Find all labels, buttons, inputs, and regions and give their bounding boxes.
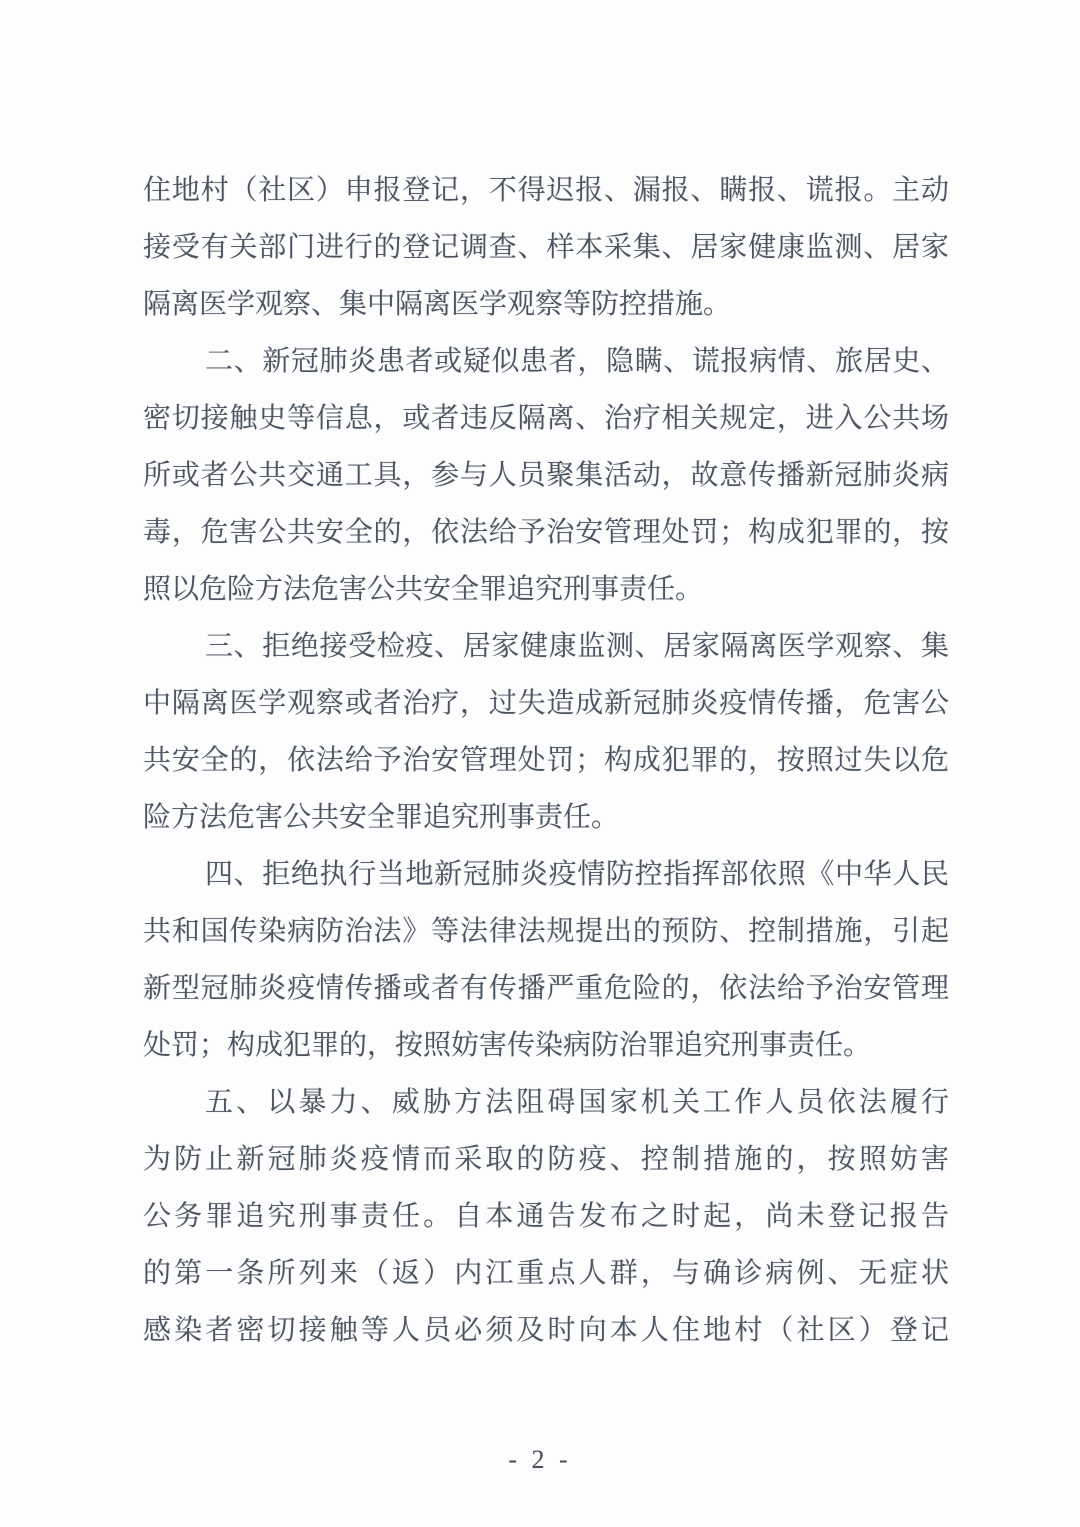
- para-item-three: 三、拒绝接受检疫、居家健康监测、居家隔离医学观察、集中隔离医学观察或者治疗，过失…: [143, 618, 949, 846]
- document-page: 住地村（社区）申报登记，不得迟报、漏报、瞒报、谎报。主动接受有关部门进行的登记调…: [0, 0, 1080, 1527]
- document-line: 公务罪追究刑事责任。自本通告发布之时起，尚未登记报告: [143, 1188, 949, 1245]
- document-body: 住地村（社区）申报登记，不得迟报、漏报、瞒报、谎报。主动接受有关部门进行的登记调…: [143, 162, 949, 1359]
- document-line: 密切接触史等信息，或者违反隔离、治疗相关规定，进入公共场: [143, 390, 949, 447]
- document-line: 三、拒绝接受检疫、居家健康监测、居家隔离医学观察、集: [143, 618, 949, 675]
- document-line: 险方法危害公共安全罪追究刑事责任。: [143, 789, 949, 846]
- document-line: 五、以暴力、威胁方法阻碍国家机关工作人员依法履行: [143, 1074, 949, 1131]
- document-line: 所或者公共交通工具，参与人员聚集活动，故意传播新冠肺炎病: [143, 447, 949, 504]
- document-line: 照以危险方法危害公共安全罪追究刑事责任。: [143, 561, 949, 618]
- para-item-four: 四、拒绝执行当地新冠肺炎疫情防控指挥部依照《中华人民共和国传染病防治法》等法律法…: [143, 846, 949, 1074]
- page-number: - 2 -: [0, 1440, 1080, 1480]
- document-line: 处罚；构成犯罪的，按照妨害传染病防治罪追究刑事责任。: [143, 1017, 949, 1074]
- document-line: 隔离医学观察、集中隔离医学观察等防控措施。: [143, 276, 949, 333]
- para-continuation: 住地村（社区）申报登记，不得迟报、漏报、瞒报、谎报。主动接受有关部门进行的登记调…: [143, 162, 949, 333]
- document-line: 新型冠肺炎疫情传播或者有传播严重危险的，依法给予治安管理: [143, 960, 949, 1017]
- document-line: 共和国传染病防治法》等法律法规提出的预防、控制措施，引起: [143, 903, 949, 960]
- para-item-two: 二、新冠肺炎患者或疑似患者，隐瞒、谎报病情、旅居史、密切接触史等信息，或者违反隔…: [143, 333, 949, 618]
- document-line: 共安全的，依法给予治安管理处罚；构成犯罪的，按照过失以危: [143, 732, 949, 789]
- document-line: 住地村（社区）申报登记，不得迟报、漏报、瞒报、谎报。主动: [143, 162, 949, 219]
- document-line: 为防止新冠肺炎疫情而采取的防疫、控制措施的，按照妨害: [143, 1131, 949, 1188]
- para-item-five: 五、以暴力、威胁方法阻碍国家机关工作人员依法履行为防止新冠肺炎疫情而采取的防疫、…: [143, 1074, 949, 1359]
- document-line: 的第一条所列来（返）内江重点人群，与确诊病例、无症状: [143, 1245, 949, 1302]
- document-line: 接受有关部门进行的登记调查、样本采集、居家健康监测、居家: [143, 219, 949, 276]
- document-line: 中隔离医学观察或者治疗，过失造成新冠肺炎疫情传播，危害公: [143, 675, 949, 732]
- document-line: 毒，危害公共安全的，依法给予治安管理处罚；构成犯罪的，按: [143, 504, 949, 561]
- document-line: 四、拒绝执行当地新冠肺炎疫情防控指挥部依照《中华人民: [143, 846, 949, 903]
- document-line: 二、新冠肺炎患者或疑似患者，隐瞒、谎报病情、旅居史、: [143, 333, 949, 390]
- document-line: 感染者密切接触等人员必须及时向本人住地村（社区）登记: [143, 1302, 949, 1359]
